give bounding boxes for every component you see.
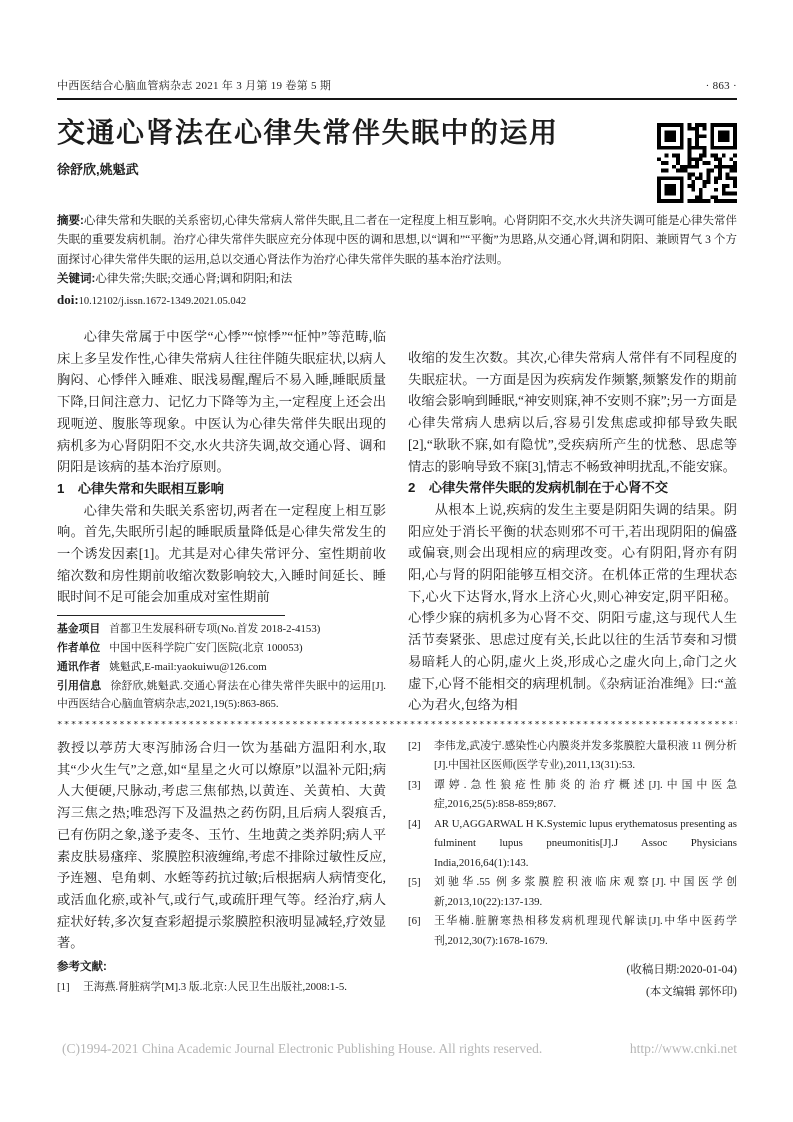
fund-text: 首都卫生发展科研专项(No.首发 2018-2-4153)	[109, 623, 320, 635]
reference-number: [5]	[408, 873, 434, 912]
reference-number: [2]	[408, 737, 434, 776]
reference-number: [3]	[408, 776, 434, 815]
citation-text: 徐舒欣,姚魁武.交通心肾法在心律失常伴失眠中的运用[J].中西医结合心脑血管病杂…	[57, 680, 386, 711]
abstract-text: 心律失常和失眠的关系密切,心律失常病人常伴失眠,且二者在一定程度上相互影响。心肾…	[57, 215, 737, 266]
page-number: · 863 ·	[706, 80, 737, 92]
received-date: (收稿日期:2020-01-04)	[408, 959, 737, 981]
article-separator: ****************************************…	[57, 721, 737, 730]
previous-article-column-right: [2] 李伟龙,武凌宁.感染性心内膜炎并发多浆膜腔大量积液 11 例分析[J].…	[408, 737, 737, 1004]
reference-text: 王华楠.脏腑寒热相移发病机理现代解读[J].中华中医药学刊,2012,30(7)…	[434, 912, 737, 951]
footnote-block: 基金项目首都卫生发展科研专项(No.首发 2018-2-4153) 作者单位中国…	[57, 620, 386, 714]
body-paragraph-1: 心律失常属于中医学“心悸”“惊悸”“怔忡”等范畴,临床上多呈发作性,心律失常病人…	[57, 326, 386, 478]
running-head: 中西医结合心脑血管病杂志 2021 年 3 月第 19 卷第 5 期 · 863…	[57, 0, 737, 93]
reference-text: AR U,AGGARWAL H K.Systemic lupus erythem…	[434, 815, 737, 874]
affiliation-text: 中国中医科学院广安门医院(北京 100053)	[109, 642, 302, 654]
citation-row: 引用信息徐舒欣,姚魁武.交通心肾法在心律失常伴失眠中的运用[J].中西医结合心脑…	[57, 677, 386, 715]
authors: 徐舒欣,姚魁武	[57, 159, 645, 178]
reference-item: [2] 李伟龙,武凌宁.感染性心内膜炎并发多浆膜腔大量积液 11 例分析[J].…	[408, 737, 737, 776]
reference-number: [1]	[57, 978, 83, 998]
body-paragraph-2: 心律失常和失眠关系密切,两者在一定程度上相互影响。首先,失眠所引起的睡眠质量降低…	[57, 500, 386, 609]
reference-number: [4]	[408, 815, 434, 874]
corresponding-label: 通讯作者	[57, 661, 100, 673]
doi-label: doi:	[57, 292, 79, 307]
fund-label: 基金项目	[57, 623, 100, 635]
page-title: 交通心肾法在心律失常伴失眠中的运用	[57, 116, 645, 150]
section-1-heading: 1 心律失常和失眠相互影响	[57, 478, 386, 500]
article-meta: (收稿日期:2020-01-04) (本文编辑 郭怀印)	[408, 959, 737, 1003]
corresponding-row: 通讯作者姚魁武,E-mail:yaokuiwu@126.com	[57, 658, 386, 677]
corresponding-text: 姚魁武,E-mail:yaokuiwu@126.com	[109, 661, 266, 673]
affiliation-label: 作者单位	[57, 642, 100, 654]
copyright-text: (C)1994-2021 China Academic Journal Elec…	[62, 1041, 542, 1057]
keywords-label: 关键词:	[57, 273, 95, 285]
keywords-text: 心律失常;失眠;交通心肾;调和阴阳;和法	[95, 273, 292, 285]
affiliation-row: 作者单位中国中医科学院广安门医院(北京 100053)	[57, 639, 386, 658]
section-2-heading: 2 心律失常伴失眠的发病机制在于心肾不交	[408, 477, 737, 499]
header-rule	[57, 98, 737, 100]
reference-item: [6] 王华楠.脏腑寒热相移发病机理现代解读[J].中华中医药学刊,2012,3…	[408, 912, 737, 951]
previous-article-text: 教授以葶苈大枣泻肺汤合归一饮为基础方温阳利水,取其“少火生气”之意,如“星星之火…	[57, 737, 386, 954]
body-paragraph-2-continuation: 收缩的发生次数。其次,心律失常病人常伴有不同程度的失眠症状。一方面是因为疾病发作…	[408, 347, 737, 477]
reference-item: [4] AR U,AGGARWAL H K.Systemic lupus ery…	[408, 815, 737, 874]
body-paragraph-3: 从根本上说,疾病的发生主要是阴阳失调的结果。阴阳应处于消长平衡的状态则邪不可干,…	[408, 499, 737, 716]
journal-info: 中西医结合心脑血管病杂志 2021 年 3 月第 19 卷第 5 期	[57, 77, 331, 93]
reference-number: [6]	[408, 912, 434, 951]
body-columns: 心律失常属于中医学“心悸”“惊悸”“怔忡”等范畴,临床上多呈发作性,心律失常病人…	[57, 326, 737, 716]
reference-text: 刘驰华.55 例多浆膜腔积液临床观察[J].中国医学创新,2013,10(22)…	[434, 873, 737, 912]
abstract-label: 摘要:	[57, 215, 84, 227]
citation-label: 引用信息	[57, 680, 101, 692]
qr-code-icon	[657, 123, 737, 203]
doi-line: doi:10.12102/j.issn.1672-1349.2021.05.04…	[57, 290, 737, 311]
reference-text: 李伟龙,武凌宁.感染性心内膜炎并发多浆膜腔大量积液 11 例分析[J].中国社区…	[434, 737, 737, 776]
previous-article-columns: 教授以葶苈大枣泻肺汤合归一饮为基础方温阳利水,取其“少火生气”之意,如“星星之火…	[57, 737, 737, 1004]
reference-text: 谭婷.急性狼疮性肺炎的治疗概述[J].中国中医急症,2016,25(5):858…	[434, 776, 737, 815]
body-column-left: 心律失常属于中医学“心悸”“惊悸”“怔忡”等范畴,临床上多呈发作性,心律失常病人…	[57, 326, 386, 716]
reference-item: [3] 谭婷.急性狼疮性肺炎的治疗概述[J].中国中医急症,2016,25(5)…	[408, 776, 737, 815]
keywords-line: 关键词:心律失常;失眠;交通心肾;调和阴阳;和法	[57, 270, 737, 289]
body-column-right: 收缩的发生次数。其次,心律失常病人常伴有不同程度的失眠症状。一方面是因为疾病发作…	[408, 326, 737, 716]
previous-article-column-left: 教授以葶苈大枣泻肺汤合归一饮为基础方温阳利水,取其“少火生气”之意,如“星星之火…	[57, 737, 386, 1004]
copyright-footer: (C)1994-2021 China Academic Journal Elec…	[62, 1041, 737, 1057]
cnki-url: http://www.cnki.net	[630, 1041, 737, 1057]
references-heading: 参考文献:	[57, 957, 386, 977]
abstract-block: 摘要:心律失常和失眠的关系密切,心律失常病人常伴失眠,且二者在一定程度上相互影响…	[57, 212, 737, 311]
reference-item: [1] 王海燕.肾脏病学[M].3 版.北京:人民卫生出版社,2008:1-5.	[57, 978, 386, 998]
title-block: 交通心肾法在心律失常伴失眠中的运用 徐舒欣,姚魁武	[57, 110, 737, 203]
footnote-separator	[57, 615, 285, 616]
journal-page: 中西医结合心脑血管病杂志 2021 年 3 月第 19 卷第 5 期 · 863…	[0, 0, 793, 1122]
doi-value: 10.12102/j.issn.1672-1349.2021.05.042	[79, 296, 246, 307]
abstract-paragraph: 摘要:心律失常和失眠的关系密切,心律失常病人常伴失眠,且二者在一定程度上相互影响…	[57, 212, 737, 270]
fund-row: 基金项目首都卫生发展科研专项(No.首发 2018-2-4153)	[57, 620, 386, 639]
editor-note: (本文编辑 郭怀印)	[408, 981, 737, 1003]
reference-text: 王海燕.肾脏病学[M].3 版.北京:人民卫生出版社,2008:1-5.	[83, 978, 386, 998]
reference-item: [5] 刘驰华.55 例多浆膜腔积液临床观察[J].中国医学创新,2013,10…	[408, 873, 737, 912]
